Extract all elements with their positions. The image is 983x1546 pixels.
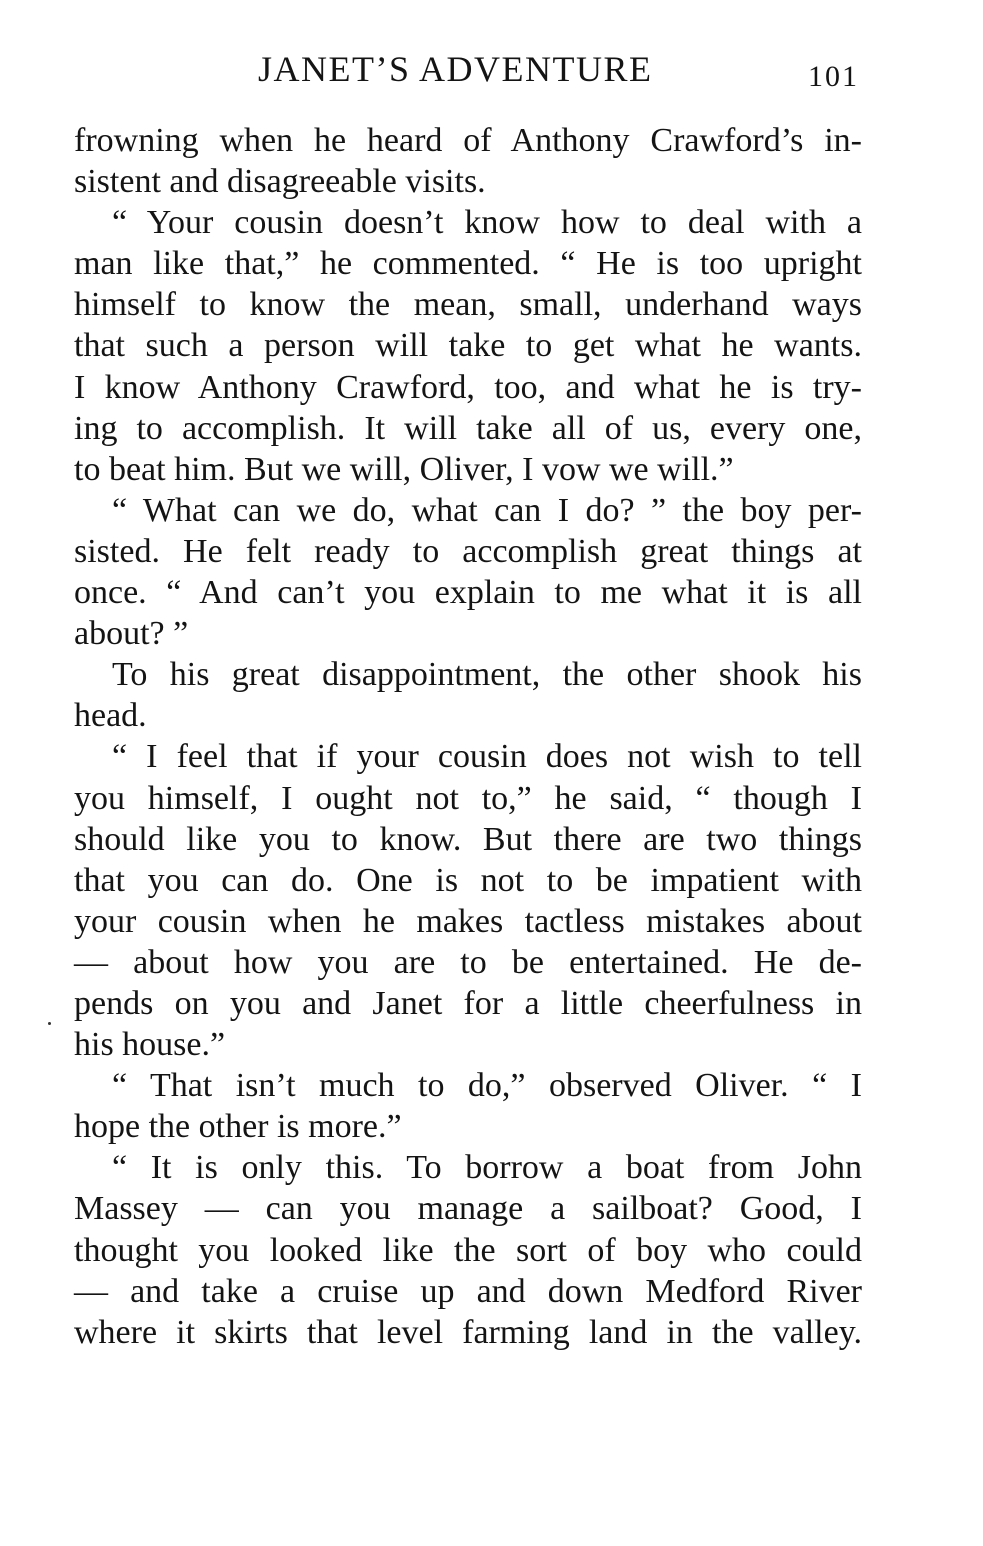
text-line: pends on you and Janet for a little chee… bbox=[74, 983, 862, 1024]
scan-speck bbox=[48, 1022, 51, 1025]
text-line: thought you looked like the sort of boy … bbox=[74, 1230, 862, 1271]
running-head: JANET’S ADVENTURE 101 bbox=[0, 44, 983, 94]
text-line: where it skirts that level farming land … bbox=[74, 1312, 862, 1353]
text-line: should like you to know. But there are t… bbox=[74, 819, 862, 860]
text-line: “ Your cousin doesn’t know how to deal w… bbox=[74, 202, 862, 243]
text-line: ing to accomplish. It will take all of u… bbox=[74, 408, 862, 449]
body-text: frowning when he heard of Anthony Crawfo… bbox=[74, 120, 862, 1353]
text-line: Massey — can you manage a sailboat? Good… bbox=[74, 1188, 862, 1229]
text-line: that such a person will take to get what… bbox=[74, 325, 862, 366]
running-title: JANET’S ADVENTURE bbox=[258, 44, 652, 94]
text-line: sistent and disagreeable visits. bbox=[74, 161, 862, 202]
text-line: — and take a cruise up and down Medford … bbox=[74, 1271, 862, 1312]
text-line: to beat him. But we will, Oliver, I vow … bbox=[74, 449, 862, 490]
text-line: you himself, I ought not to,” he said, “… bbox=[74, 778, 862, 819]
text-line: “ That isn’t much to do,” observed Olive… bbox=[74, 1065, 862, 1106]
text-line: I know Anthony Crawford, too, and what h… bbox=[74, 367, 862, 408]
text-line: “ It is only this. To borrow a boat from… bbox=[74, 1147, 862, 1188]
text-line: frowning when he heard of Anthony Crawfo… bbox=[74, 120, 862, 161]
text-line: To his great disappointment, the other s… bbox=[74, 654, 862, 695]
text-line: head. bbox=[74, 695, 862, 736]
text-line: himself to know the mean, small, underha… bbox=[74, 284, 862, 325]
text-line: hope the other is more.” bbox=[74, 1106, 862, 1147]
text-line: “ What can we do, what can I do? ” the b… bbox=[74, 490, 862, 531]
text-line: that you can do. One is not to be impati… bbox=[74, 860, 862, 901]
text-line: — about how you are to be entertained. H… bbox=[74, 942, 862, 983]
book-page: JANET’S ADVENTURE 101 frowning when he h… bbox=[0, 0, 983, 1546]
text-line: about? ” bbox=[74, 613, 862, 654]
text-line: sisted. He felt ready to accomplish grea… bbox=[74, 531, 862, 572]
page-number: 101 bbox=[808, 52, 859, 102]
text-line: “ I feel that if your cousin does not wi… bbox=[74, 736, 862, 777]
text-line: once. “ And can’t you explain to me what… bbox=[74, 572, 862, 613]
text-line: your cousin when he makes tactless mista… bbox=[74, 901, 862, 942]
text-line: man like that,” he commented. “ He is to… bbox=[74, 243, 862, 284]
text-line: his house.” bbox=[74, 1024, 862, 1065]
